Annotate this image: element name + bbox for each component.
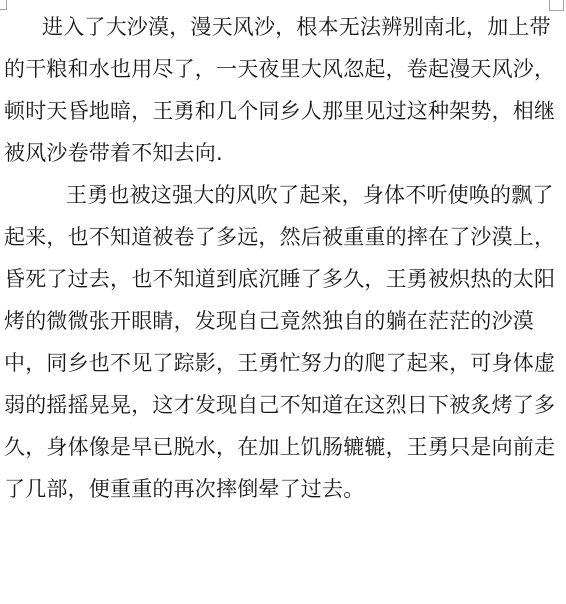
text-line: 进入了大沙漠，漫天风沙，根本无法辨别南北，加上带 — [4, 6, 560, 48]
text-line: 被风沙卷带着不知去向. — [4, 132, 560, 174]
text-line: 了几部，便重重的再次摔倒晕了过去。 — [4, 468, 560, 510]
text-line: 起来，也不知道被卷了多远，然后被重重的摔在了沙漠上， — [4, 216, 560, 258]
text-line: 的干粮和水也用尽了，一天夜里大风忽起，卷起漫天风沙， — [4, 48, 560, 90]
text-line: 久，身体像是早已脱水，在加上饥肠辘辘，王勇只是向前走 — [4, 426, 560, 468]
text-line: 昏死了过去，也不知道到底沉睡了多久，王勇被炽热的太阳 — [4, 258, 560, 300]
text-line: 中，同乡也不见了踪影，王勇忙努力的爬了起来，可身体虚 — [4, 342, 560, 384]
text-line: 弱的摇摇晃晃，这才发现自己不知道在这烈日下被炙烤了多 — [4, 384, 560, 426]
document-text: 进入了大沙漠，漫天风沙，根本无法辨别南北，加上带的干粮和水也用尽了，一天夜里大风… — [4, 6, 560, 510]
text-line: 顿时天昏地暗，王勇和几个同乡人那里见过这种架势，相继 — [4, 90, 560, 132]
document-page: 进入了大沙漠，漫天风沙，根本无法辨别南北，加上带的干粮和水也用尽了，一天夜里大风… — [0, 0, 566, 604]
text-line: 王勇也被这强大的风吹了起来，身体不听使唤的飘了 — [4, 174, 560, 216]
text-line: 烤的微微张开眼睛，发现自己竟然独自的躺在茫茫的沙漠 — [4, 300, 560, 342]
